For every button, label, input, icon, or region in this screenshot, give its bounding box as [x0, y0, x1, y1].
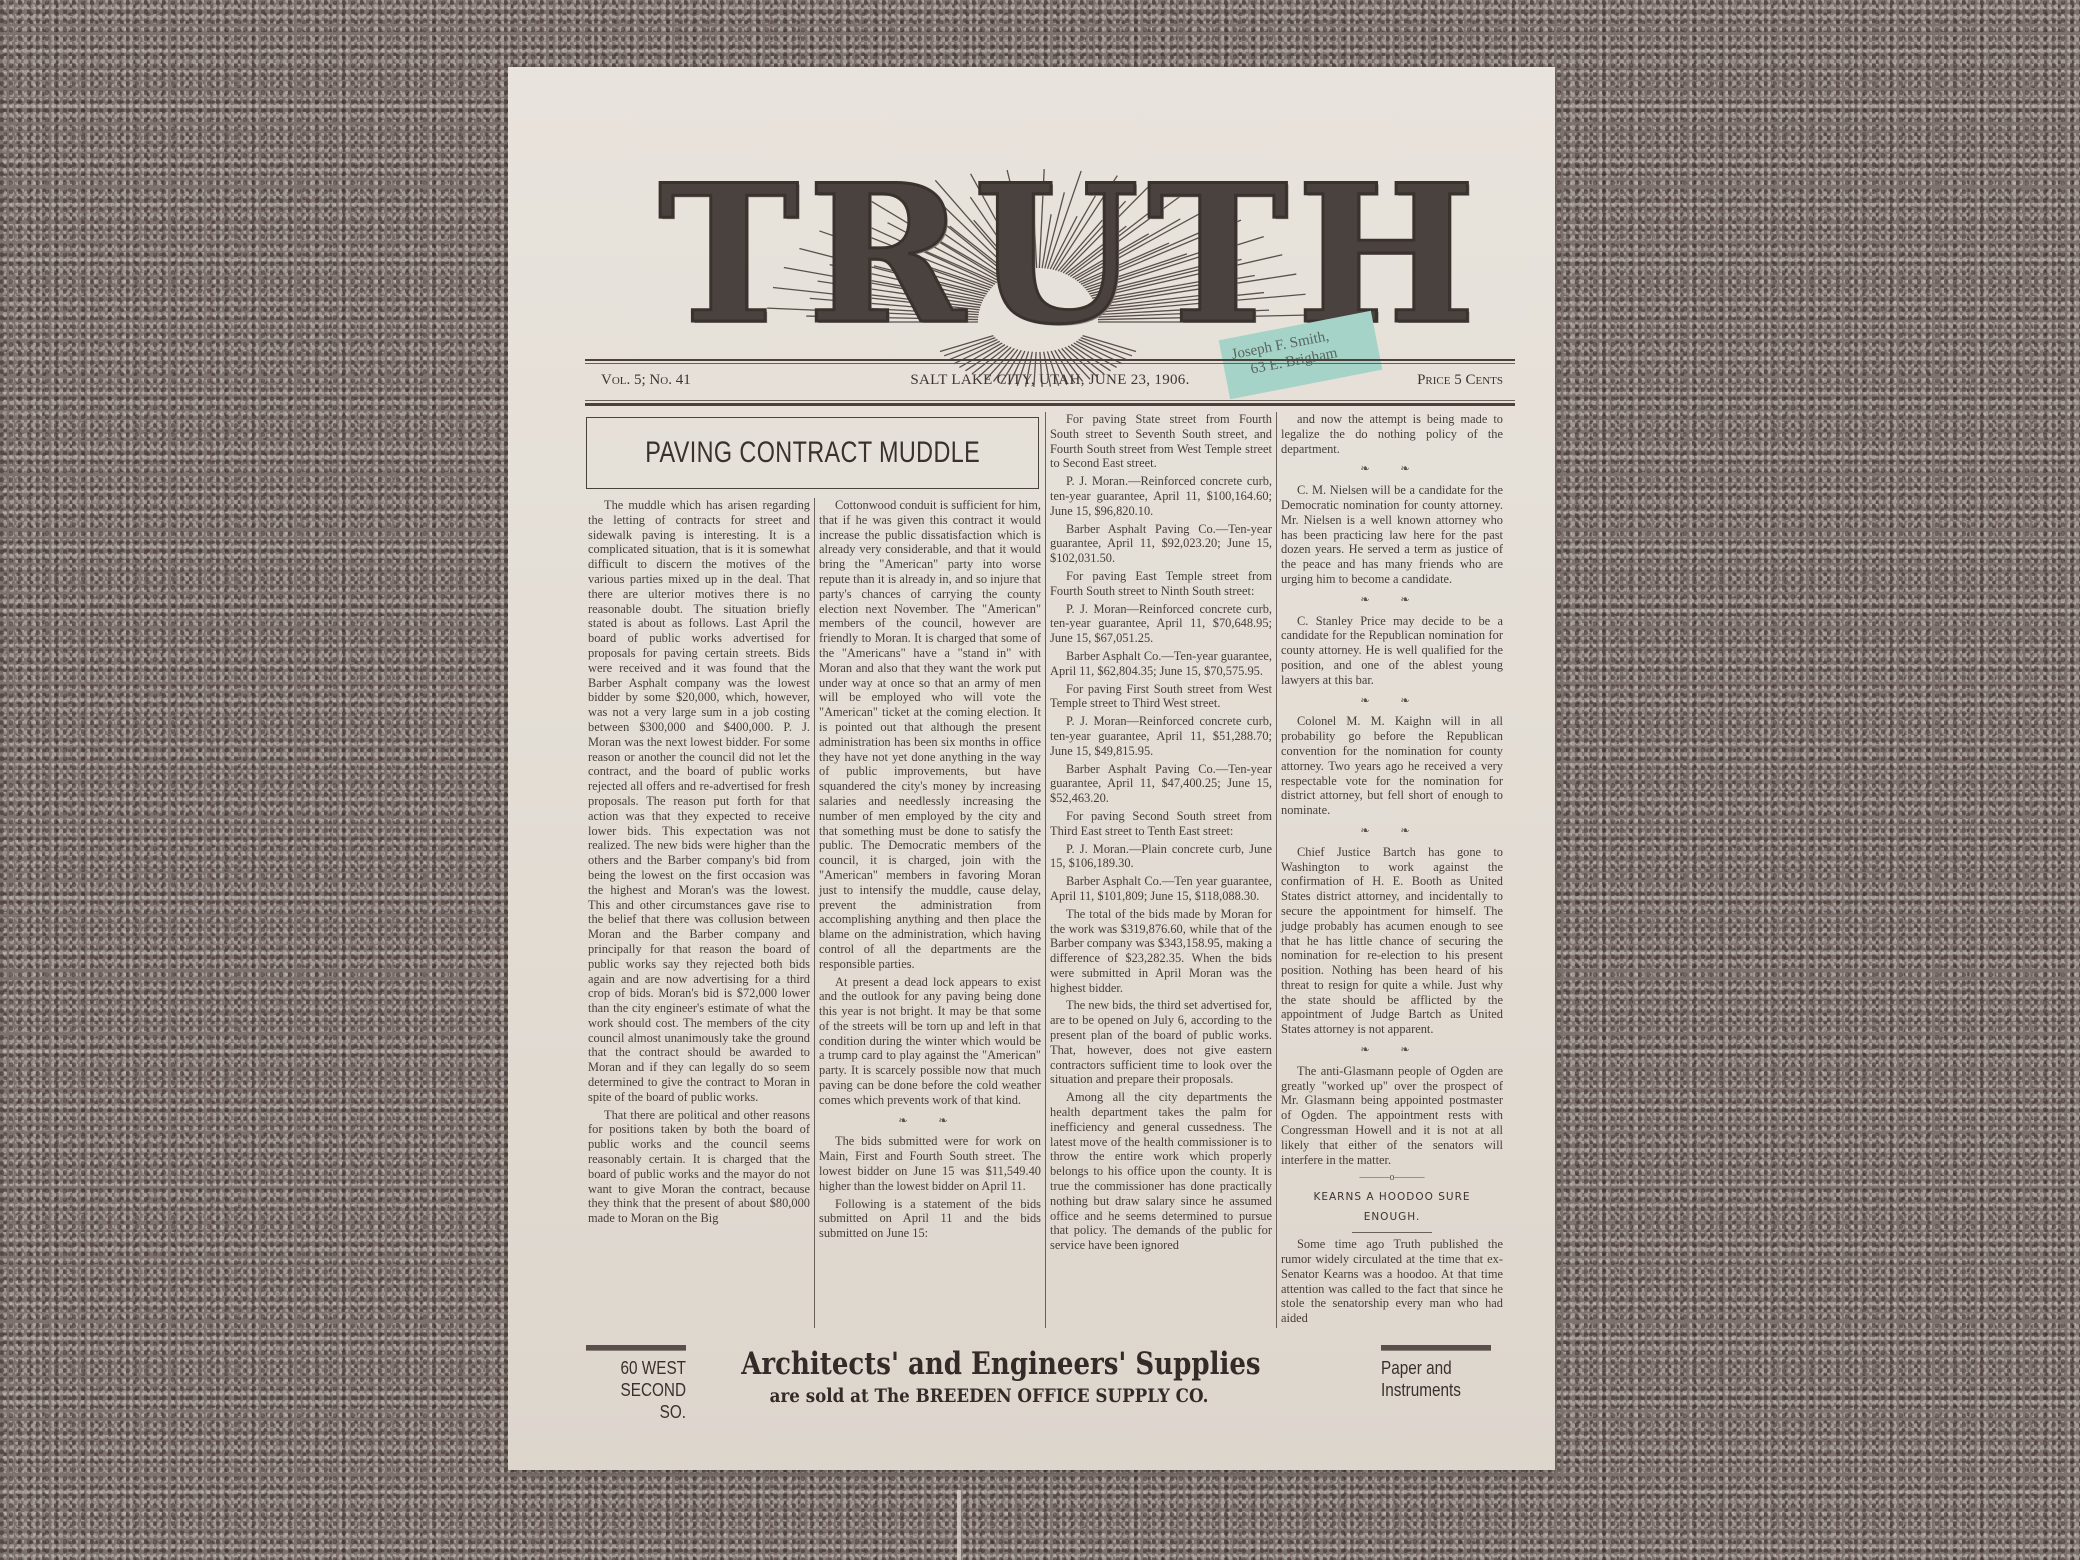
- article-paragraph: That there are political and other reaso…: [588, 1108, 810, 1226]
- article-paragraph: For paving Second South street from Thir…: [1050, 809, 1272, 839]
- price: Price 5 Cents: [1417, 372, 1503, 389]
- subhead-rule: [1352, 1232, 1432, 1233]
- ornament-separator: ❧ ❧: [1281, 462, 1503, 477]
- ornament-separator: ❧ ❧: [819, 1114, 1041, 1129]
- ad-main: Architects' and Engineers' Supplies are …: [694, 1345, 1284, 1409]
- article-paragraph: C. Stanley Price may decide to be a cand…: [1281, 614, 1503, 688]
- article-paragraph: At present a dead lock appears to exist …: [819, 975, 1041, 1108]
- column-1: The muddle which has arisen regarding th…: [588, 498, 810, 1226]
- column-divider: [814, 498, 815, 1328]
- column-divider: [1276, 412, 1277, 1328]
- article-paragraph: Cottonwood conduit is sufficient for him…: [819, 498, 1041, 972]
- ad-products: Paper and Instruments: [1381, 1357, 1492, 1401]
- advertisement: 60 WEST SECOND SO. Architects' and Engin…: [586, 1345, 1516, 1425]
- article-paragraph: The new bids, the third set advertised f…: [1050, 998, 1272, 1087]
- article-paragraph: Barber Asphalt Paving Co.—Ten-year guara…: [1050, 762, 1272, 806]
- column-divider: [1045, 412, 1046, 1328]
- article-paragraph: The total of the bids made by Moran for …: [1050, 907, 1272, 996]
- article-paragraph: P. J. Moran.—Reinforced concrete curb, t…: [1050, 474, 1272, 518]
- ornament-separator: ❧ ❧: [1281, 824, 1503, 839]
- ad-subtitle: are sold at The BREEDEN OFFICE SUPPLY CO…: [729, 1383, 1248, 1409]
- article-paragraph: Following is a statement of the bids sub…: [819, 1197, 1041, 1241]
- article-paragraph: P. J. Moran—Reinforced concrete curb, te…: [1050, 602, 1272, 646]
- article-paragraph: Colonel M. M. Kaighn will in all probabi…: [1281, 714, 1503, 818]
- article-paragraph: The bids submitted were for work on Main…: [819, 1134, 1041, 1193]
- ad-address-line2: SECOND SO.: [601, 1379, 686, 1423]
- issue-info-line: Vol. 5; No. 41 SALT LAKE CITY, UTAH, JUN…: [585, 372, 1515, 394]
- article-paragraph: Barber Asphalt Co.—Ten year guarantee, A…: [1050, 874, 1272, 904]
- paper-tag: [957, 1490, 961, 1560]
- ad-rule-right: [1381, 1345, 1491, 1351]
- article-paragraph: C. M. Nielsen will be a candidate for th…: [1281, 483, 1503, 587]
- ornament-separator: ❧ ❧: [1281, 694, 1503, 709]
- article-paragraph: P. J. Moran.—Plain concrete curb, June 1…: [1050, 842, 1272, 872]
- article-paragraph: Among all the city departments the healt…: [1050, 1090, 1272, 1253]
- article-paragraph: P. J. Moran—Reinforced concrete curb, te…: [1050, 714, 1272, 758]
- top-rule: [585, 359, 1515, 364]
- newspaper-page: TRUTH Joseph F. Smith, 63 E. Brigham Vol…: [508, 67, 1555, 1470]
- article-paragraph: The muddle which has arisen regarding th…: [588, 498, 810, 1105]
- ornament-separator: ❧ ❧: [1281, 1043, 1503, 1058]
- article-paragraph: and now the attempt is being made to leg…: [1281, 412, 1503, 456]
- ornament-separator: ❧ ❧: [1281, 593, 1503, 608]
- ornament-rule: ———o———: [1281, 1171, 1503, 1186]
- ad-rule-left: [586, 1345, 686, 1351]
- masthead: TRUTH Joseph F. Smith, 63 E. Brigham: [658, 122, 1418, 392]
- article-paragraph: Barber Asphalt Paving Co.—Ten-year guara…: [1050, 522, 1272, 566]
- ad-products-line2: Instruments: [1381, 1379, 1492, 1401]
- article-paragraph: For paving First South street from West …: [1050, 682, 1272, 712]
- bottom-rule: [585, 400, 1515, 406]
- masthead-title: TRUTH: [658, 160, 1418, 350]
- column-3: For paving State street from Fourth Sout…: [1050, 412, 1272, 1253]
- ad-products-line1: Paper and: [1381, 1357, 1492, 1379]
- column-2: Cottonwood conduit is sufficient for him…: [819, 498, 1041, 1241]
- headline: PAVING CONTRACT MUDDLE: [645, 436, 980, 470]
- column-4: and now the attempt is being made to leg…: [1281, 412, 1503, 1326]
- article-paragraph: For paving East Temple street from Fourt…: [1050, 569, 1272, 599]
- subheadline: ENOUGH.: [1281, 1209, 1503, 1226]
- article-paragraph: Barber Asphalt Co.—Ten-year guarantee, A…: [1050, 649, 1272, 679]
- article-paragraph: Some time ago Truth published the rumor …: [1281, 1237, 1503, 1326]
- article-paragraph: The anti-Glasmann people of Ogden are gr…: [1281, 1064, 1503, 1168]
- ad-address-line1: 60 WEST: [601, 1357, 686, 1379]
- article-paragraph: For paving State street from Fourth Sout…: [1050, 412, 1272, 471]
- article-paragraph: Chief Justice Bartch has gone to Washing…: [1281, 845, 1503, 1037]
- dateline: SALT LAKE CITY, UTAH, JUNE 23, 1906.: [585, 372, 1515, 389]
- ad-title: Architects' and Engineers' Supplies: [741, 1345, 1237, 1383]
- headline-box: PAVING CONTRACT MUDDLE: [586, 417, 1039, 489]
- ad-address: 60 WEST SECOND SO.: [601, 1357, 686, 1423]
- subheadline: KEARNS A HOODOO SURE: [1281, 1189, 1503, 1206]
